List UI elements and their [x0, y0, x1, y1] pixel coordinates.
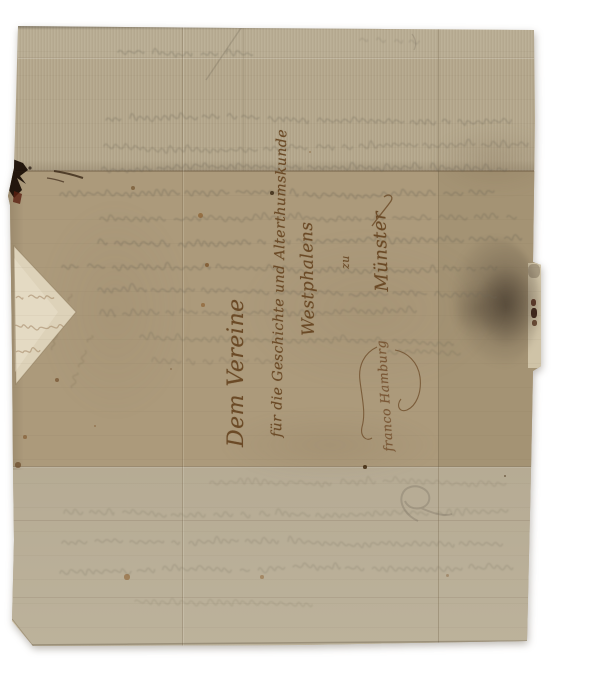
ink-overlay — [0, 0, 607, 700]
foxing-spot — [124, 574, 129, 579]
faint-paraph — [401, 486, 452, 521]
fold-panel-lower — [0, 467, 607, 648]
edge-vignette-top — [18, 26, 534, 30]
flap-script-line — [16, 347, 76, 352]
age-mottle — [430, 125, 560, 195]
bleedthrough-line — [62, 536, 502, 547]
fold-crease-horizontal — [18, 57, 534, 59]
bleedthrough-mark — [70, 329, 96, 390]
foxing-spot — [309, 151, 312, 154]
faint-top-mark — [412, 34, 416, 50]
flap-script-marks — [14, 295, 76, 352]
foxing-spot — [446, 574, 449, 577]
fold-crease-vertical — [182, 26, 183, 646]
bleedthrough-line — [135, 598, 312, 606]
letter-sheet-shadow: Dem Vereine für die Geschichte und Alter… — [0, 0, 607, 700]
seal-stain-point — [452, 283, 504, 335]
fold-crease-horizontal-faint — [13, 520, 531, 521]
address-line-region: Westphalens — [299, 221, 318, 336]
seal-tab-smudge — [528, 264, 540, 278]
wax-seal-remnant — [9, 158, 83, 204]
foxing-spot — [260, 575, 264, 579]
foxing-spot — [170, 368, 173, 371]
foxing-spot — [205, 263, 209, 267]
fold-crease-vertical-faint — [243, 27, 244, 171]
seal-tab — [528, 263, 541, 368]
faint-diagonal-crease — [206, 22, 245, 80]
bleedthrough-line — [210, 477, 506, 487]
bleedthrough-line — [102, 163, 516, 173]
wax-spot — [531, 299, 536, 306]
flap-script-line — [14, 325, 75, 330]
foxing-spot — [94, 425, 97, 428]
wax-spot — [531, 308, 537, 318]
bleedthrough-line — [60, 563, 513, 575]
photo-background: Dem Vereine für die Geschichte und Alter… — [0, 0, 607, 700]
foxing-spot — [55, 378, 59, 382]
bleedthrough-line — [100, 306, 426, 316]
foxing-spot — [15, 462, 20, 467]
bleedthrough-writing — [0, 0, 607, 700]
bleedthrough-line — [152, 358, 281, 365]
bottom-edge-line — [21, 641, 527, 645]
address-line-city: Münster — [371, 211, 392, 292]
foxing-spot — [131, 186, 135, 190]
edge-vignette-left — [8, 170, 24, 470]
bleedthrough-line — [140, 332, 453, 346]
bleedthrough-line — [360, 38, 427, 44]
address-line-institution: für die Geschichte und Alterthumskunde — [270, 129, 289, 437]
flap-script-line — [16, 295, 63, 299]
foxing-spot — [504, 475, 507, 478]
foxing-spot — [23, 435, 27, 439]
seal-stain-core — [476, 266, 536, 346]
bleedthrough-line — [104, 139, 528, 153]
foxing-spot — [198, 213, 203, 218]
fold-panel-upper — [0, 26, 607, 59]
wax-spot — [532, 320, 537, 326]
fold-crease-vertical — [438, 28, 439, 645]
fold-crease-horizontal — [13, 466, 531, 468]
address-line-recipient: Dem Vereine — [226, 298, 248, 447]
fold-panel-middle-right-shade — [438, 171, 541, 467]
seal-stain — [448, 238, 540, 370]
bottom-corner-flap — [12, 619, 33, 648]
foxing-spot — [201, 303, 205, 307]
bleedthrough-mark — [51, 294, 73, 351]
age-mottle — [220, 410, 440, 480]
bleedthrough-line — [106, 113, 511, 125]
bleedthrough-line — [64, 509, 508, 518]
fold-crease-horizontal-faint — [13, 597, 529, 598]
letter-sheet: Dem Vereine für die Geschichte und Alter… — [0, 0, 607, 700]
bleedthrough-line — [118, 49, 252, 57]
age-mottle — [40, 200, 190, 420]
bleedthrough-line — [388, 349, 460, 355]
foxing-spot — [363, 465, 367, 469]
franking-note: franco Hamburg — [375, 340, 395, 452]
address-line-preposition: zu — [340, 255, 351, 269]
torn-corner-flap — [14, 246, 76, 384]
